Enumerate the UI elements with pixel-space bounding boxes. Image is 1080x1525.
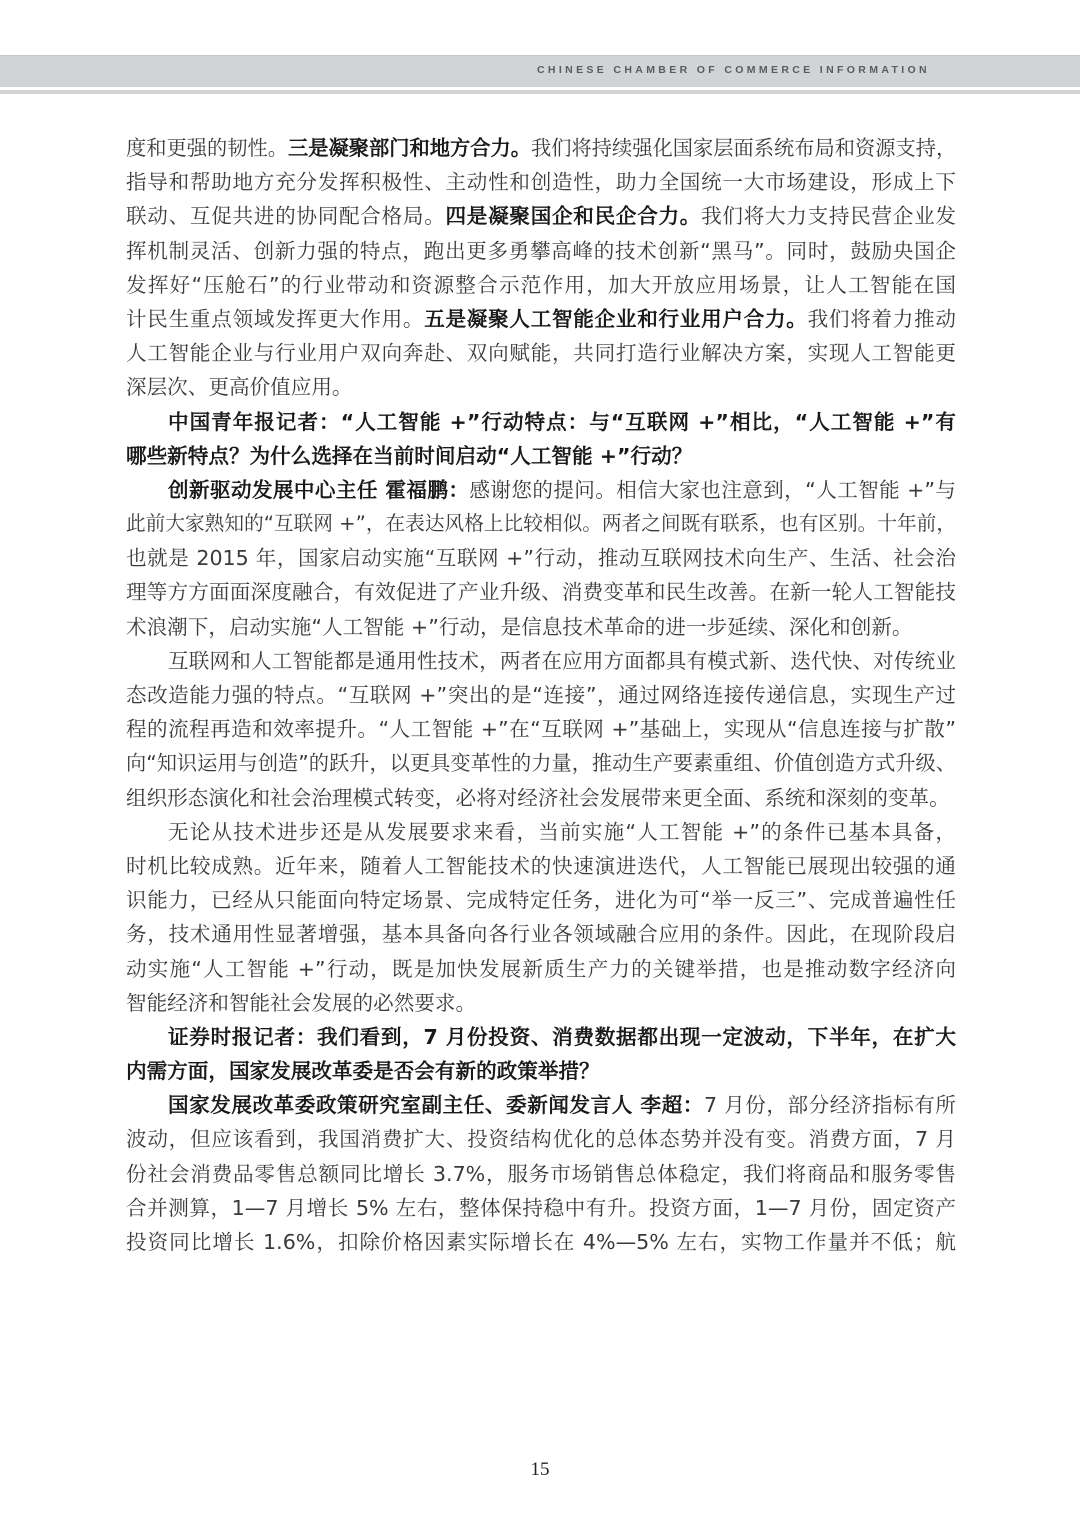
bold-text-segment: 五是凝聚人工智能企业和行业用户合力。 (424, 307, 807, 331)
text-segment: 计民生重点领域发挥更大作用。 (126, 307, 424, 331)
text-line: 也就是 2015 年，国家启动实施“互联网 +”行动，推动互联网技术向生产、生活… (126, 541, 956, 575)
text-line: 程的流程再造和效率提升。“人工智能 +”在“互联网 +”基础上，实现从“信息连接… (126, 712, 956, 746)
text-line: 创新驱动发展中心主任 霍福鹏：感谢您的提问。相信大家也注意到，“人工智能 +”与 (126, 473, 956, 507)
text-line: 波动，但应该看到，我国消费扩大、投资结构优化的总体态势并没有变。消费方面，7 月 (126, 1122, 956, 1156)
text-line: 度和更强的韧性。三是凝聚部门和地方合力。我们将持续强化国家层面系统布局和资源支持… (126, 131, 956, 165)
bold-text-segment: 国家发展改革委政策研究室副主任、委新闻发言人 李超： (168, 1093, 704, 1117)
text-line: 联动、互促共进的协同配合格局。四是凝聚国企和民企合力。我们将大力支持民营企业发 (126, 199, 956, 233)
text-segment: 动实施“人工智能 +”行动，既是加快发展新质生产力的关键举措，也是推动数字经济向 (126, 957, 956, 981)
article-body: 度和更强的韧性。三是凝聚部门和地方合力。我们将持续强化国家层面系统布局和资源支持… (126, 131, 956, 1259)
text-segment: 波动，但应该看到，我国消费扩大、投资结构优化的总体态势并没有变。消费方面，7 月 (126, 1127, 956, 1151)
text-segment: 7 月份，部分经济指标有所 (704, 1093, 956, 1117)
text-segment: 无论从技术进步还是从发展要求来看，当前实施“人工智能 +”的条件已基本具备， (168, 820, 956, 844)
text-segment: 务，技术通用性显著增强，基本具备向各行业各领域融合应用的条件。因此，在现阶段启 (126, 922, 956, 946)
text-segment: 份社会消费品零售总额同比增长 3.7%，服务市场销售总体稳定，我们将商品和服务零… (126, 1162, 956, 1186)
text-segment: 联动、互促共进的协同配合格局。 (126, 204, 446, 228)
text-line: 态改造能力强的特点。“互联网 +”突出的是“连接”，通过网络连接传递信息，实现生… (126, 678, 956, 712)
text-segment: 人工智能企业与行业用户双向奔赴、双向赋能，共同打造行业解决方案，实现人工智能更 (126, 341, 956, 365)
text-segment: 互联网和人工智能都是通用性技术，两者在应用方面都具有模式新、迭代快、对传统业 (168, 649, 956, 673)
bold-text-segment: 内需方面，国家发展改革委是否会有新的政策举措？ (126, 1059, 600, 1083)
text-line: 深层次、更高价值应用。 (126, 370, 956, 404)
text-segment: 我们将持续强化国家层面系统布局和资源支持， (531, 136, 956, 160)
text-segment: 也就是 2015 年，国家启动实施“互联网 +”行动，推动互联网技术向生产、生活… (126, 546, 956, 570)
header-divider (0, 90, 1080, 94)
text-segment: 深层次、更高价值应用。 (126, 375, 353, 399)
text-line: 计民生重点领域发挥更大作用。五是凝聚人工智能企业和行业用户合力。我们将着力推动 (126, 302, 956, 336)
text-segment: 此前大家熟知的“互联网 +”，在表达风格上比较相似。两者之间既有联系，也有区别。… (126, 512, 956, 535)
text-segment: 投资同比增长 1.6%，扣除价格因素实际增长在 4%—5% 左右，实物工作量并不… (126, 1230, 956, 1254)
text-line: 挥机制灵活、创新力强的特点，跑出更多勇攀高峰的技术创新“黑马”。同时，鼓励央国企 (126, 234, 956, 268)
text-segment: 组织形态演化和社会治理模式转变，必将对经济社会发展带来更全面、系统和深刻的变革。 (126, 786, 950, 810)
text-line: 内需方面，国家发展改革委是否会有新的政策举措？ (126, 1054, 956, 1088)
text-line: 动实施“人工智能 +”行动，既是加快发展新质生产力的关键举措，也是推动数字经济向 (126, 952, 956, 986)
bold-text-segment: 三是凝聚部门和地方合力。 (288, 136, 531, 160)
text-line: 互联网和人工智能都是通用性技术，两者在应用方面都具有模式新、迭代快、对传统业 (126, 644, 956, 678)
text-segment: 理等方方面面深度融合，有效促进了产业升级、消费变革和民生改善。在新一轮人工智能技 (126, 580, 956, 604)
text-line: 中国青年报记者：“人工智能 +”行动特点：与“互联网 +”相比，“人工智能 +”… (126, 405, 956, 439)
text-segment: 我们将着力推动 (808, 307, 956, 331)
text-line: 人工智能企业与行业用户双向奔赴、双向赋能，共同打造行业解决方案，实现人工智能更 (126, 336, 956, 370)
text-line: 份社会消费品零售总额同比增长 3.7%，服务市场销售总体稳定，我们将商品和服务零… (126, 1157, 956, 1191)
bold-text-segment: 哪些新特点？为什么选择在当前时间启动“人工智能 +”行动？ (126, 444, 692, 468)
running-header-title: CHINESE CHAMBER OF COMMERCE INFORMATION (537, 64, 947, 76)
text-line: 理等方方面面深度融合，有效促进了产业升级、消费变革和民生改善。在新一轮人工智能技 (126, 575, 956, 609)
text-segment: 发挥好“压舱石”的行业带动和资源整合示范作用，加大开放应用场景，让人工智能在国 (126, 273, 956, 297)
bold-text-segment: 创新驱动发展中心主任 霍福鹏： (168, 478, 469, 502)
text-line: 国家发展改革委政策研究室副主任、委新闻发言人 李超：7 月份，部分经济指标有所 (126, 1088, 956, 1122)
text-line: 智能经济和智能社会发展的必然要求。 (126, 986, 956, 1020)
text-segment: 我们将大力支持民营企业发 (701, 204, 956, 228)
text-line: 指导和帮助地方充分发挥积极性、主动性和创造性，助力全国统一大市场建设，形成上下 (126, 165, 956, 199)
text-segment: 时机比较成熟。近年来，随着人工智能技术的快速演进迭代，人工智能已展现出较强的通 (126, 854, 956, 878)
text-segment: 术浪潮下，启动实施“人工智能 +”行动，是信息技术革命的进一步延续、深化和创新。 (126, 615, 913, 639)
text-segment: 向“知识运用与创造”的跃升，以更具变革性的力量，推动生产要素重组、价值创造方式升… (126, 751, 956, 775)
text-line: 合并测算，1—7 月增长 5% 左右，整体保持稳中有升。投资方面，1—7 月份，… (126, 1191, 956, 1225)
text-segment: 挥机制灵活、创新力强的特点，跑出更多勇攀高峰的技术创新“黑马”。同时，鼓励央国企 (126, 239, 956, 263)
page-number: 15 (0, 1459, 1080, 1481)
text-line: 投资同比增长 1.6%，扣除价格因素实际增长在 4%—5% 左右，实物工作量并不… (126, 1225, 956, 1259)
text-segment: 感谢您的提问。相信大家也注意到，“人工智能 +”与 (469, 478, 956, 502)
text-segment: 态改造能力强的特点。“互联网 +”突出的是“连接”，通过网络连接传递信息，实现生… (126, 683, 956, 707)
text-segment: 指导和帮助地方充分发挥积极性、主动性和创造性，助力全国统一大市场建设，形成上下 (126, 170, 956, 194)
text-segment: 度和更强的韧性。 (126, 136, 288, 160)
bold-text-segment: 四是凝聚国企和民企合力。 (446, 204, 702, 228)
text-line: 证券时报记者：我们看到，7 月份投资、消费数据都出现一定波动，下半年，在扩大 (126, 1020, 956, 1054)
text-line: 发挥好“压舱石”的行业带动和资源整合示范作用，加大开放应用场景，让人工智能在国 (126, 268, 956, 302)
text-line: 组织形态演化和社会治理模式转变，必将对经济社会发展带来更全面、系统和深刻的变革。 (126, 781, 956, 815)
bold-text-segment: 证券时报记者：我们看到，7 月份投资、消费数据都出现一定波动，下半年，在扩大 (168, 1025, 956, 1049)
text-line: 务，技术通用性显著增强，基本具备向各行业各领域融合应用的条件。因此，在现阶段启 (126, 917, 956, 951)
text-line: 术浪潮下，启动实施“人工智能 +”行动，是信息技术革命的进一步延续、深化和创新。 (126, 610, 956, 644)
text-segment: 程的流程再造和效率提升。“人工智能 +”在“互联网 +”基础上，实现从“信息连接… (126, 717, 956, 741)
text-segment: 识能力，已经从只能面向特定场景、完成特定任务，进化为可“举一反三”、完成普遍性任 (126, 888, 956, 912)
text-line: 识能力，已经从只能面向特定场景、完成特定任务，进化为可“举一反三”、完成普遍性任 (126, 883, 956, 917)
text-line: 此前大家熟知的“互联网 +”，在表达风格上比较相似。两者之间既有联系，也有区别。… (126, 507, 956, 541)
text-line: 向“知识运用与创造”的跃升，以更具变革性的力量，推动生产要素重组、价值创造方式升… (126, 746, 956, 780)
text-line: 时机比较成熟。近年来，随着人工智能技术的快速演进迭代，人工智能已展现出较强的通 (126, 849, 956, 883)
text-segment: 智能经济和智能社会发展的必然要求。 (126, 991, 476, 1015)
bold-text-segment: 中国青年报记者：“人工智能 +”行动特点：与“互联网 +”相比，“人工智能 +”… (168, 410, 956, 434)
text-line: 哪些新特点？为什么选择在当前时间启动“人工智能 +”行动？ (126, 439, 956, 473)
text-segment: 合并测算，1—7 月增长 5% 左右，整体保持稳中有升。投资方面，1—7 月份，… (126, 1196, 956, 1220)
text-line: 无论从技术进步还是从发展要求来看，当前实施“人工智能 +”的条件已基本具备， (126, 815, 956, 849)
